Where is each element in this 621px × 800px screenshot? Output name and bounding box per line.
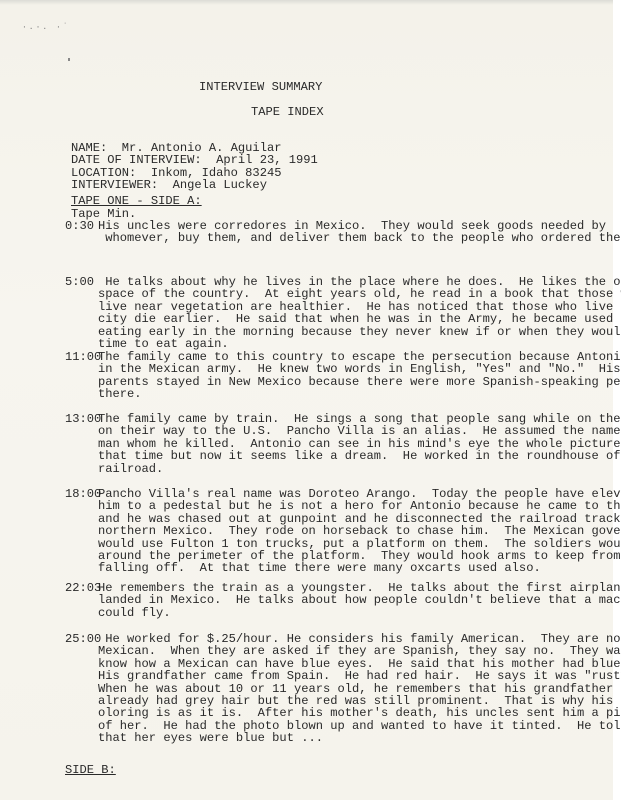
- entry-timestamp: 25:00: [65, 633, 101, 645]
- entry-timestamp: 11:00: [65, 351, 101, 363]
- entry-text-line: Mexican. When they are asked if they are…: [98, 645, 621, 657]
- document-title: INTERVIEW SUMMARY: [199, 81, 322, 93]
- entry-timestamp: 18:00: [65, 488, 101, 500]
- entry-text: The family came by train. He sings a son…: [98, 413, 621, 475]
- section-heading-side-b: SIDE B:: [65, 764, 116, 776]
- entry-text-line: oloring is as it is. After his mother's …: [98, 707, 621, 719]
- entry-text-line: that time but now it seems like a dream.…: [98, 450, 621, 462]
- section-heading-side-a: TAPE ONE - SIDE A:: [71, 195, 202, 207]
- entry-timestamp: 0:30: [65, 220, 94, 232]
- meta-interviewer: INTERVIEWER: Angela Luckey: [71, 179, 318, 191]
- entry-timestamp: 22:03: [65, 582, 101, 594]
- paper-speck: [68, 58, 70, 61]
- paper-specks: ·.·. ·˙: [22, 22, 70, 34]
- entry-text-line: city die earlier. He said that when he w…: [98, 313, 621, 325]
- entry-text: He worked for $.25/hour. He considers hi…: [98, 633, 621, 745]
- entry-timestamp: 5:00: [65, 276, 94, 288]
- interview-metadata: NAME: Mr. Antonio A. Aguilar DATE OF INT…: [71, 142, 318, 192]
- entry-timestamp: 13:00: [65, 413, 101, 425]
- document-subtitle: TAPE INDEX: [251, 106, 324, 118]
- entry-text: He remembers the train as a youngster. H…: [98, 582, 621, 619]
- entry-text-line: in the Mexican army. He knew two words i…: [98, 363, 621, 375]
- entry-text: Pancho Villa's real name was Doroteo Ara…: [98, 488, 621, 575]
- paper-top-edge: [0, 0, 621, 5]
- entry-text: His uncles were corredores in Mexico. Th…: [98, 220, 621, 245]
- entry-text-line: him to a pedestal but he is not a hero f…: [98, 500, 621, 512]
- meta-date: DATE OF INTERVIEW: April 23, 1991: [71, 154, 318, 166]
- entry-text-line: His grandfather came from Spain. He had …: [98, 670, 621, 682]
- entry-text-line: space of the country. At eight years old…: [98, 288, 621, 300]
- entry-text-line: parents stayed in New Mexico because the…: [98, 376, 621, 388]
- document-page: ·.·. ·˙ INTERVIEW SUMMARY TAPE INDEX NAM…: [0, 0, 621, 800]
- entry-text-line: railroad.: [98, 463, 621, 475]
- entry-text: The family came to this country to escap…: [98, 351, 621, 401]
- entry-text-line: on their way to the U.S. Pancho Villa is…: [98, 425, 621, 437]
- entry-text-line: that her eyes were blue but ...: [98, 732, 621, 744]
- entry-text: He talks about why he lives in the place…: [98, 276, 621, 350]
- entry-text-line: landed in Mexico. He talks about how peo…: [98, 594, 621, 606]
- entry-text-line: northern Mexico. They rode on horseback …: [98, 525, 621, 537]
- entry-text-line: time to eat again.: [98, 338, 621, 350]
- entry-text-line: there.: [98, 388, 621, 400]
- entry-text-line: falling off. At that time there were man…: [98, 562, 621, 574]
- entry-text-line: whomever, buy them, and deliver them bac…: [98, 232, 621, 244]
- entry-text-line: could fly.: [98, 607, 621, 619]
